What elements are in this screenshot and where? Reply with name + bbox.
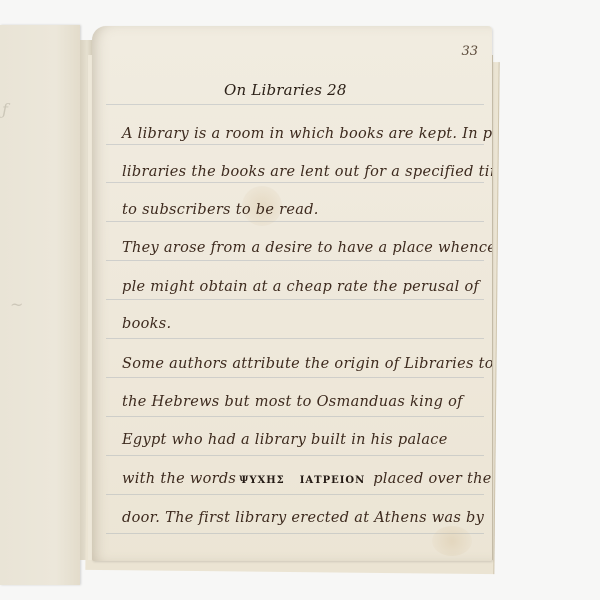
faint-bleedthrough: ƒ <box>2 100 8 119</box>
ruled-line <box>106 338 484 339</box>
text-fragment: placed over the <box>373 471 491 487</box>
ruled-line <box>106 299 484 300</box>
text-line-greek: with the wordsΨΥΧΗΣΙΑΤΡΕΙΟΝ placed over … <box>122 471 492 487</box>
text-line: They arose from a desire to have a place… <box>122 240 492 256</box>
ruled-line <box>106 455 484 456</box>
ruled-line <box>106 377 484 378</box>
ruled-line <box>106 416 484 417</box>
text-line: Some authors attribute the origin of Lib… <box>122 356 492 372</box>
ruled-line <box>106 104 484 105</box>
ruled-line <box>106 182 484 183</box>
faint-bleedthrough: ~ <box>10 295 23 314</box>
page-title: On Libraries 28 <box>224 81 347 99</box>
text-line: libraries the books are lent out for a s… <box>122 164 492 180</box>
text-line: the Hebrews but most to Osmanduas king o… <box>122 394 463 410</box>
text-line: door. The first library erected at Athen… <box>122 510 484 526</box>
right-page: 33 On Libraries 28 A library is a room i… <box>92 26 492 561</box>
text-fragment: with the words <box>122 471 236 487</box>
text-line: ple might obtain at a cheap rate the per… <box>122 279 479 295</box>
greek-word: ΙΑΤΡΕΙΟΝ <box>300 475 366 486</box>
ruled-line <box>106 144 484 145</box>
ruled-line <box>106 494 484 495</box>
text-line: books. <box>122 316 171 332</box>
text-line: Egypt who had a library built in his pal… <box>122 432 448 448</box>
manuscript-photo: ƒ ~ 33 On Libraries 28 A library is a ro… <box>0 0 600 600</box>
page-number: 33 <box>461 44 478 59</box>
ruled-line <box>106 221 484 222</box>
text-line: A library is a room in which books are k… <box>122 126 492 142</box>
ruled-line <box>106 533 484 534</box>
paper-stain <box>432 526 472 556</box>
text-line: to subscribers to be read. <box>122 202 319 218</box>
left-page: ƒ ~ <box>0 25 80 585</box>
greek-word: ΨΥΧΗΣ <box>239 475 285 486</box>
ruled-line <box>106 260 484 261</box>
